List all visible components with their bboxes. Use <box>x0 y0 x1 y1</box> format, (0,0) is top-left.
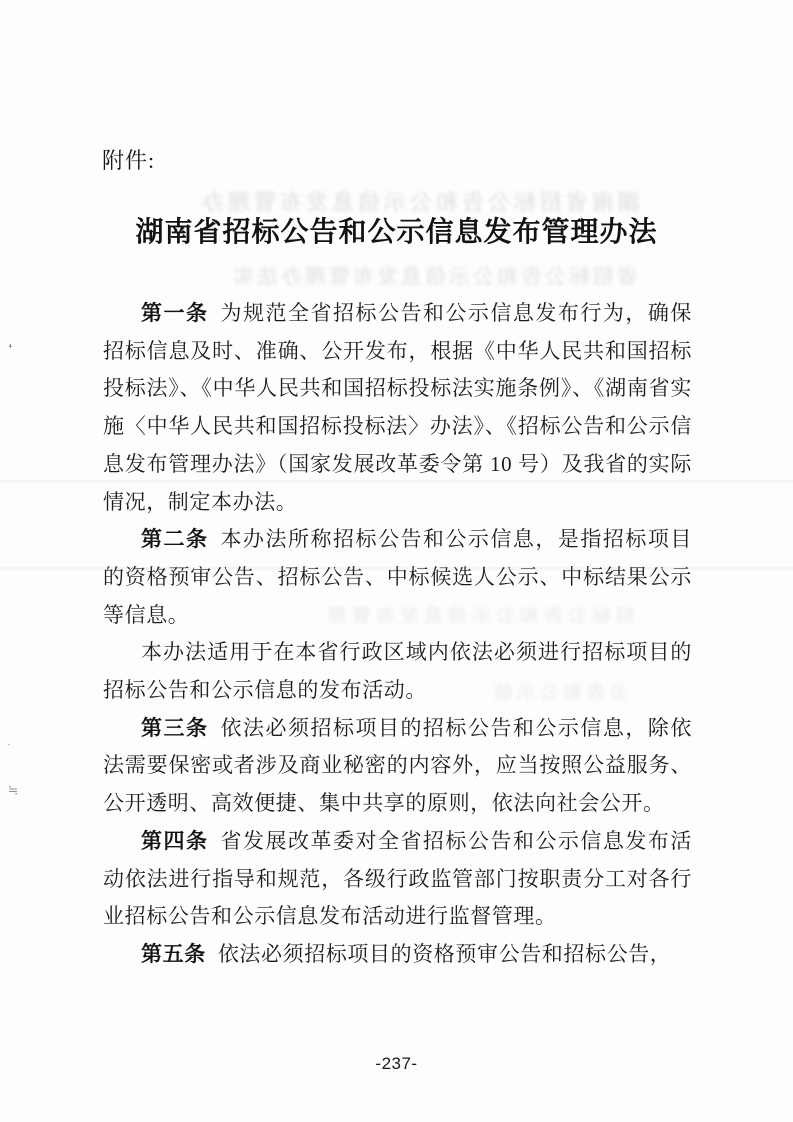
bleed-through-text: 省招标公告和公示信息发布管理办法实 <box>158 261 638 285</box>
attachment-label: 附件: <box>102 144 155 175</box>
document-title: 湖南省招标公告和公示信息发布管理办法 <box>0 210 793 250</box>
bleed-through-text: 湖南省招标公告和公示信息发布管理办 <box>150 186 640 212</box>
document-page: 附件: 湖南省招标公告和公示信息发布管理办 湖南省招标公告和公示信息发布管理办法… <box>0 0 793 1122</box>
article-number: 第四条 <box>141 830 208 853</box>
page-number: -237- <box>0 1054 793 1074</box>
article-number: 第三条 <box>141 717 208 740</box>
scan-speck: ʻ <box>8 343 15 358</box>
scan-speck: · <box>7 740 11 751</box>
scan-speck: ≒ <box>8 784 18 796</box>
article-number: 第五条 <box>141 943 206 966</box>
paragraph: 第五条依法必须招标项目的资格预审公告和招标公告， <box>103 936 692 974</box>
article-number: 第一条 <box>141 302 208 325</box>
paragraph: 本办法适用于在本省行政区域内依法必须进行招标项目的招标公告和公示信息的发布活动。 <box>103 634 692 709</box>
paragraph: 第四条省发展改革委对全省招标公告和公示信息发布活动依法进行指导和规范，各级行政监… <box>103 823 692 936</box>
document-body: 第一条为规范全省招标公告和公示信息发布行为，确保招标信息及时、准确、公开发布，根… <box>103 295 692 974</box>
article-number: 第二条 <box>141 528 208 551</box>
paragraph: 第二条本办法所称招标公告和公示信息，是指招标项目的资格预审公告、招标公告、中标候… <box>103 521 692 634</box>
paragraph: 第三条依法必须招标项目的招标公告和公示信息，除依法需要保密或者涉及商业秘密的内容… <box>103 710 692 823</box>
paragraph: 第一条为规范全省招标公告和公示信息发布行为，确保招标信息及时、准确、公开发布，根… <box>103 295 692 521</box>
